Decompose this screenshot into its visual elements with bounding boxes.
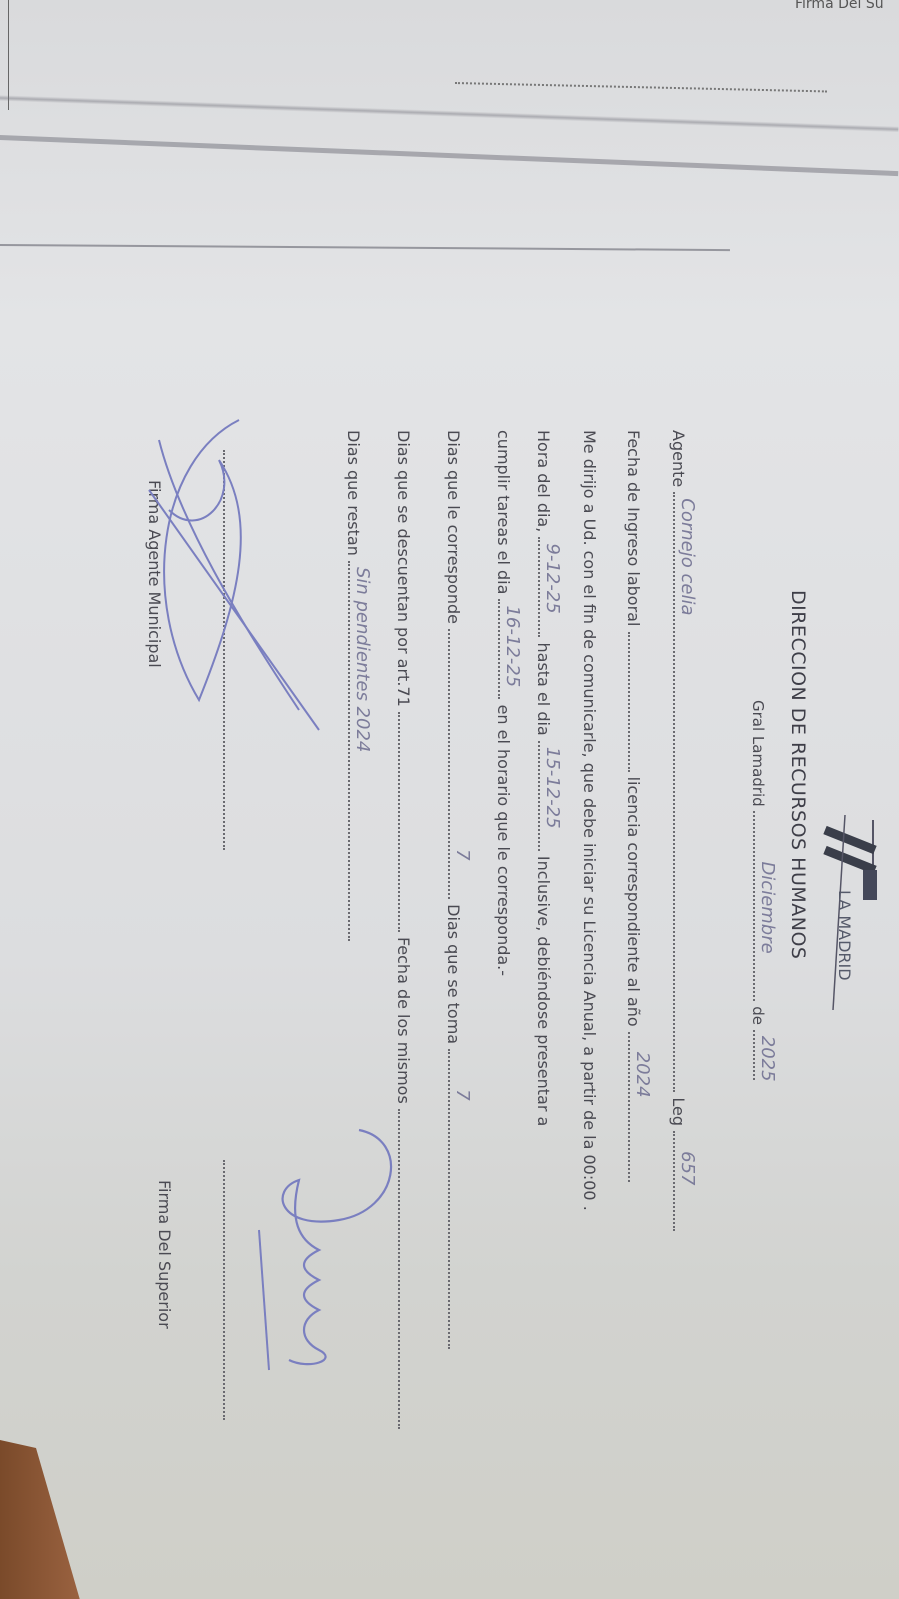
dias-descuentan-label: Dias que se descuentan por art.71 (394, 430, 413, 707)
agente-label: Agente (669, 430, 688, 487)
dias-corresponde-label: Dias que le corresponde (444, 430, 463, 624)
inclusive-text: Inclusive, debiéndose presentar a (534, 856, 553, 1126)
license-form: LA MADRID DIRECCION DE RECURSOS HUMANOS … (79, 280, 899, 1400)
agente-field: Cornejo celia (673, 492, 689, 1092)
hora-label: Hora del dia, (534, 430, 553, 532)
cumplir-field: 16-12-25 (498, 599, 514, 699)
leg-field: 657 (673, 1131, 689, 1231)
licencia-label: licencia correspondiente al año (624, 777, 643, 1027)
horario-text: en el horario que le corresponda.- (494, 705, 513, 976)
hasta-label: hasta el dia (534, 643, 553, 736)
year-field: 2025 (753, 1030, 769, 1080)
paper-fold (0, 244, 730, 251)
body-text: Me dirijo a Ud. con el fin de comunicarl… (580, 430, 599, 1211)
paper-edge-line (8, 0, 9, 110)
page-title: DIRECCION DE RECURSOS HUMANOS (787, 590, 809, 959)
fecha-mismos-label: Fecha de los mismos (394, 937, 413, 1104)
cumplir-label: cumplir tareas el dia (494, 430, 513, 594)
municipal-logo-icon: LA MADRID (815, 810, 885, 1030)
month-field: Diciembre (753, 811, 769, 1001)
top-dotted-line (455, 82, 827, 92)
hasta-field: 15-12-25 (538, 741, 554, 851)
top-fragment-label: Firma Del Su (795, 0, 884, 12)
ingreso-label: Fecha de Ingreso laboral (624, 430, 643, 626)
superior-signature-icon (189, 1100, 419, 1400)
dias-toma-label: Dias que se toma (444, 904, 463, 1044)
agente-signature-icon (129, 400, 359, 760)
ingreso-field (628, 632, 644, 772)
dias-toma-field: 7 (448, 1049, 464, 1349)
paper-fold (0, 95, 898, 132)
dias-corresponde-field: 7 (448, 629, 464, 899)
superior-signature-label: Firma Del Superior (155, 1180, 174, 1329)
location-label: Gral Lamadrid (749, 700, 767, 807)
desk-corner (0, 1440, 80, 1599)
desde-field: 9-12-25 (538, 537, 554, 637)
svg-text:LA MADRID: LA MADRID (835, 890, 854, 981)
leg-label: Leg (669, 1097, 688, 1126)
dias-descuentan-field (398, 712, 414, 932)
licencia-year-field: 2024 (628, 1032, 644, 1182)
paper-fold (0, 135, 898, 176)
year-label: de (749, 1006, 767, 1025)
